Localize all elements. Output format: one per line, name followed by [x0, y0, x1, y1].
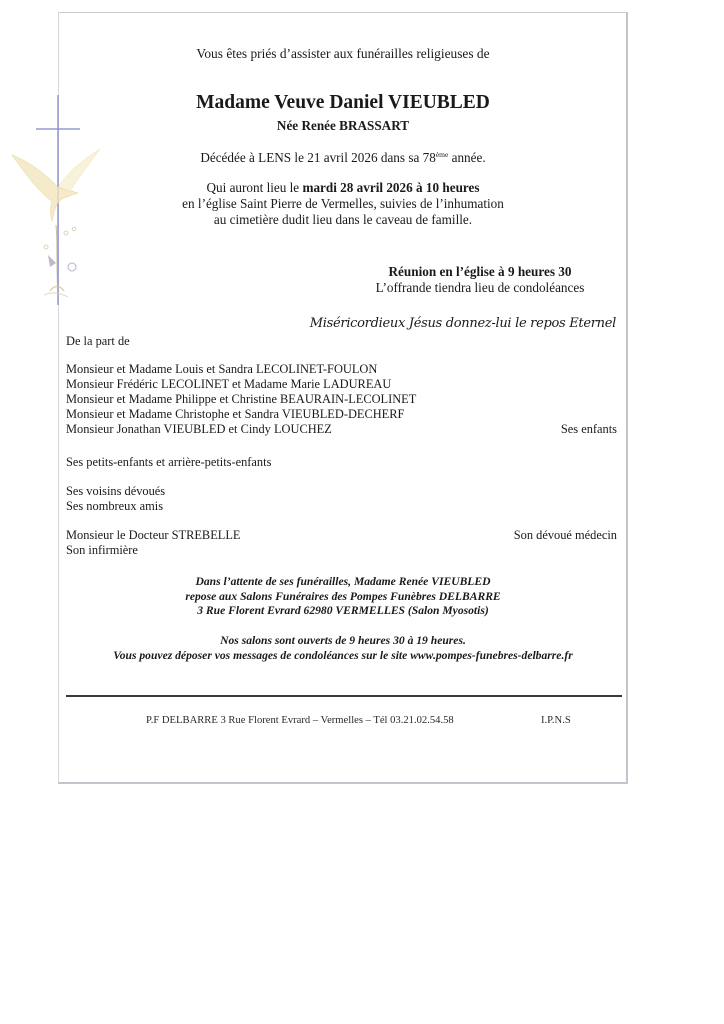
footer-divider: [66, 695, 622, 697]
grandchildren: Ses petits-enfants et arrière-petits-enf…: [66, 455, 271, 470]
ceremony-line-1: Qui auront lieu le mardi 28 avril 2026 à…: [58, 180, 628, 196]
from-label: De la part de: [66, 334, 130, 349]
rest-notice-line-3: 3 Rue Florent Evrard 62980 VERMELLES (Sa…: [58, 604, 628, 619]
doctor-relation: Son dévoué médecin: [514, 528, 617, 543]
reunion-time: Réunion en l’église à 9 heures 30: [330, 264, 630, 280]
friends: Ses nombreux amis: [66, 499, 165, 514]
rest-notice-line-2: repose aux Salons Funéraires des Pompes …: [58, 590, 628, 605]
family-member: Monsieur Jonathan VIEUBLED et Cindy LOUC…: [66, 422, 416, 437]
doctor: Monsieur le Docteur STREBELLE: [66, 528, 240, 543]
offering-note: L’offrande tiendra lieu de condoléances: [330, 280, 630, 296]
children-list: Monsieur et Madame Louis et Sandra LECOL…: [66, 362, 416, 437]
ceremony-date-time: mardi 28 avril 2026 à 10 heures: [302, 180, 479, 195]
prayer-line: Miséricordieux Jésus donnez-lui le repos…: [310, 316, 616, 331]
deceased-name: Madame Veuve Daniel VIEUBLED: [58, 92, 628, 114]
family-member: Monsieur Frédéric LECOLINET et Madame Ma…: [66, 377, 416, 392]
death-prefix: Décédée à LENS le 21 avril 2026 dans sa …: [200, 150, 435, 165]
neighbors-friends: Ses voisins dévoués Ses nombreux amis: [66, 484, 165, 514]
death-suffix: année.: [448, 150, 485, 165]
ceremony-line-2: en l’église Saint Pierre de Vermelles, s…: [58, 196, 628, 212]
footer-tag: I.P.N.S: [541, 713, 571, 728]
salon-hours: Nos salons sont ouverts de 9 heures 30 à…: [58, 634, 628, 649]
intro-text: Vous êtes priés d’assister aux funéraill…: [58, 46, 628, 61]
salon-info: Nos salons sont ouverts de 9 heures 30 à…: [58, 634, 628, 663]
maiden-name: Née Renée BRASSART: [58, 118, 628, 133]
ordinal-suffix: ème: [436, 150, 449, 159]
ceremony-line-3: au cimetière dudit lieu dans le caveau d…: [58, 212, 628, 228]
medical-staff: Monsieur le Docteur STREBELLE Son infirm…: [66, 528, 240, 558]
ceremony-prefix: Qui auront lieu le: [207, 180, 303, 195]
family-member: Monsieur et Madame Christophe et Sandra …: [66, 407, 416, 422]
children-relation: Ses enfants: [561, 422, 617, 437]
reunion-block: Réunion en l’église à 9 heures 30 L’offr…: [330, 264, 630, 296]
rest-notice: Dans l’attente de ses funérailles, Madam…: [58, 575, 628, 619]
online-condolences: Vous pouvez déposer vos messages de cond…: [58, 649, 628, 664]
rest-notice-line-1: Dans l’attente de ses funérailles, Madam…: [58, 575, 628, 590]
nurse: Son infirmière: [66, 543, 240, 558]
family-member: Monsieur et Madame Philippe et Christine…: [66, 392, 416, 407]
neighbors: Ses voisins dévoués: [66, 484, 165, 499]
footer-company: P.F DELBARRE 3 Rue Florent Evrard – Verm…: [146, 713, 454, 728]
family-member: Monsieur et Madame Louis et Sandra LECOL…: [66, 362, 416, 377]
flower-stem-icon: [44, 225, 76, 297]
death-statement: Décédée à LENS le 21 avril 2026 dans sa …: [58, 150, 628, 165]
ceremony-details: Qui auront lieu le mardi 28 avril 2026 à…: [58, 180, 628, 228]
